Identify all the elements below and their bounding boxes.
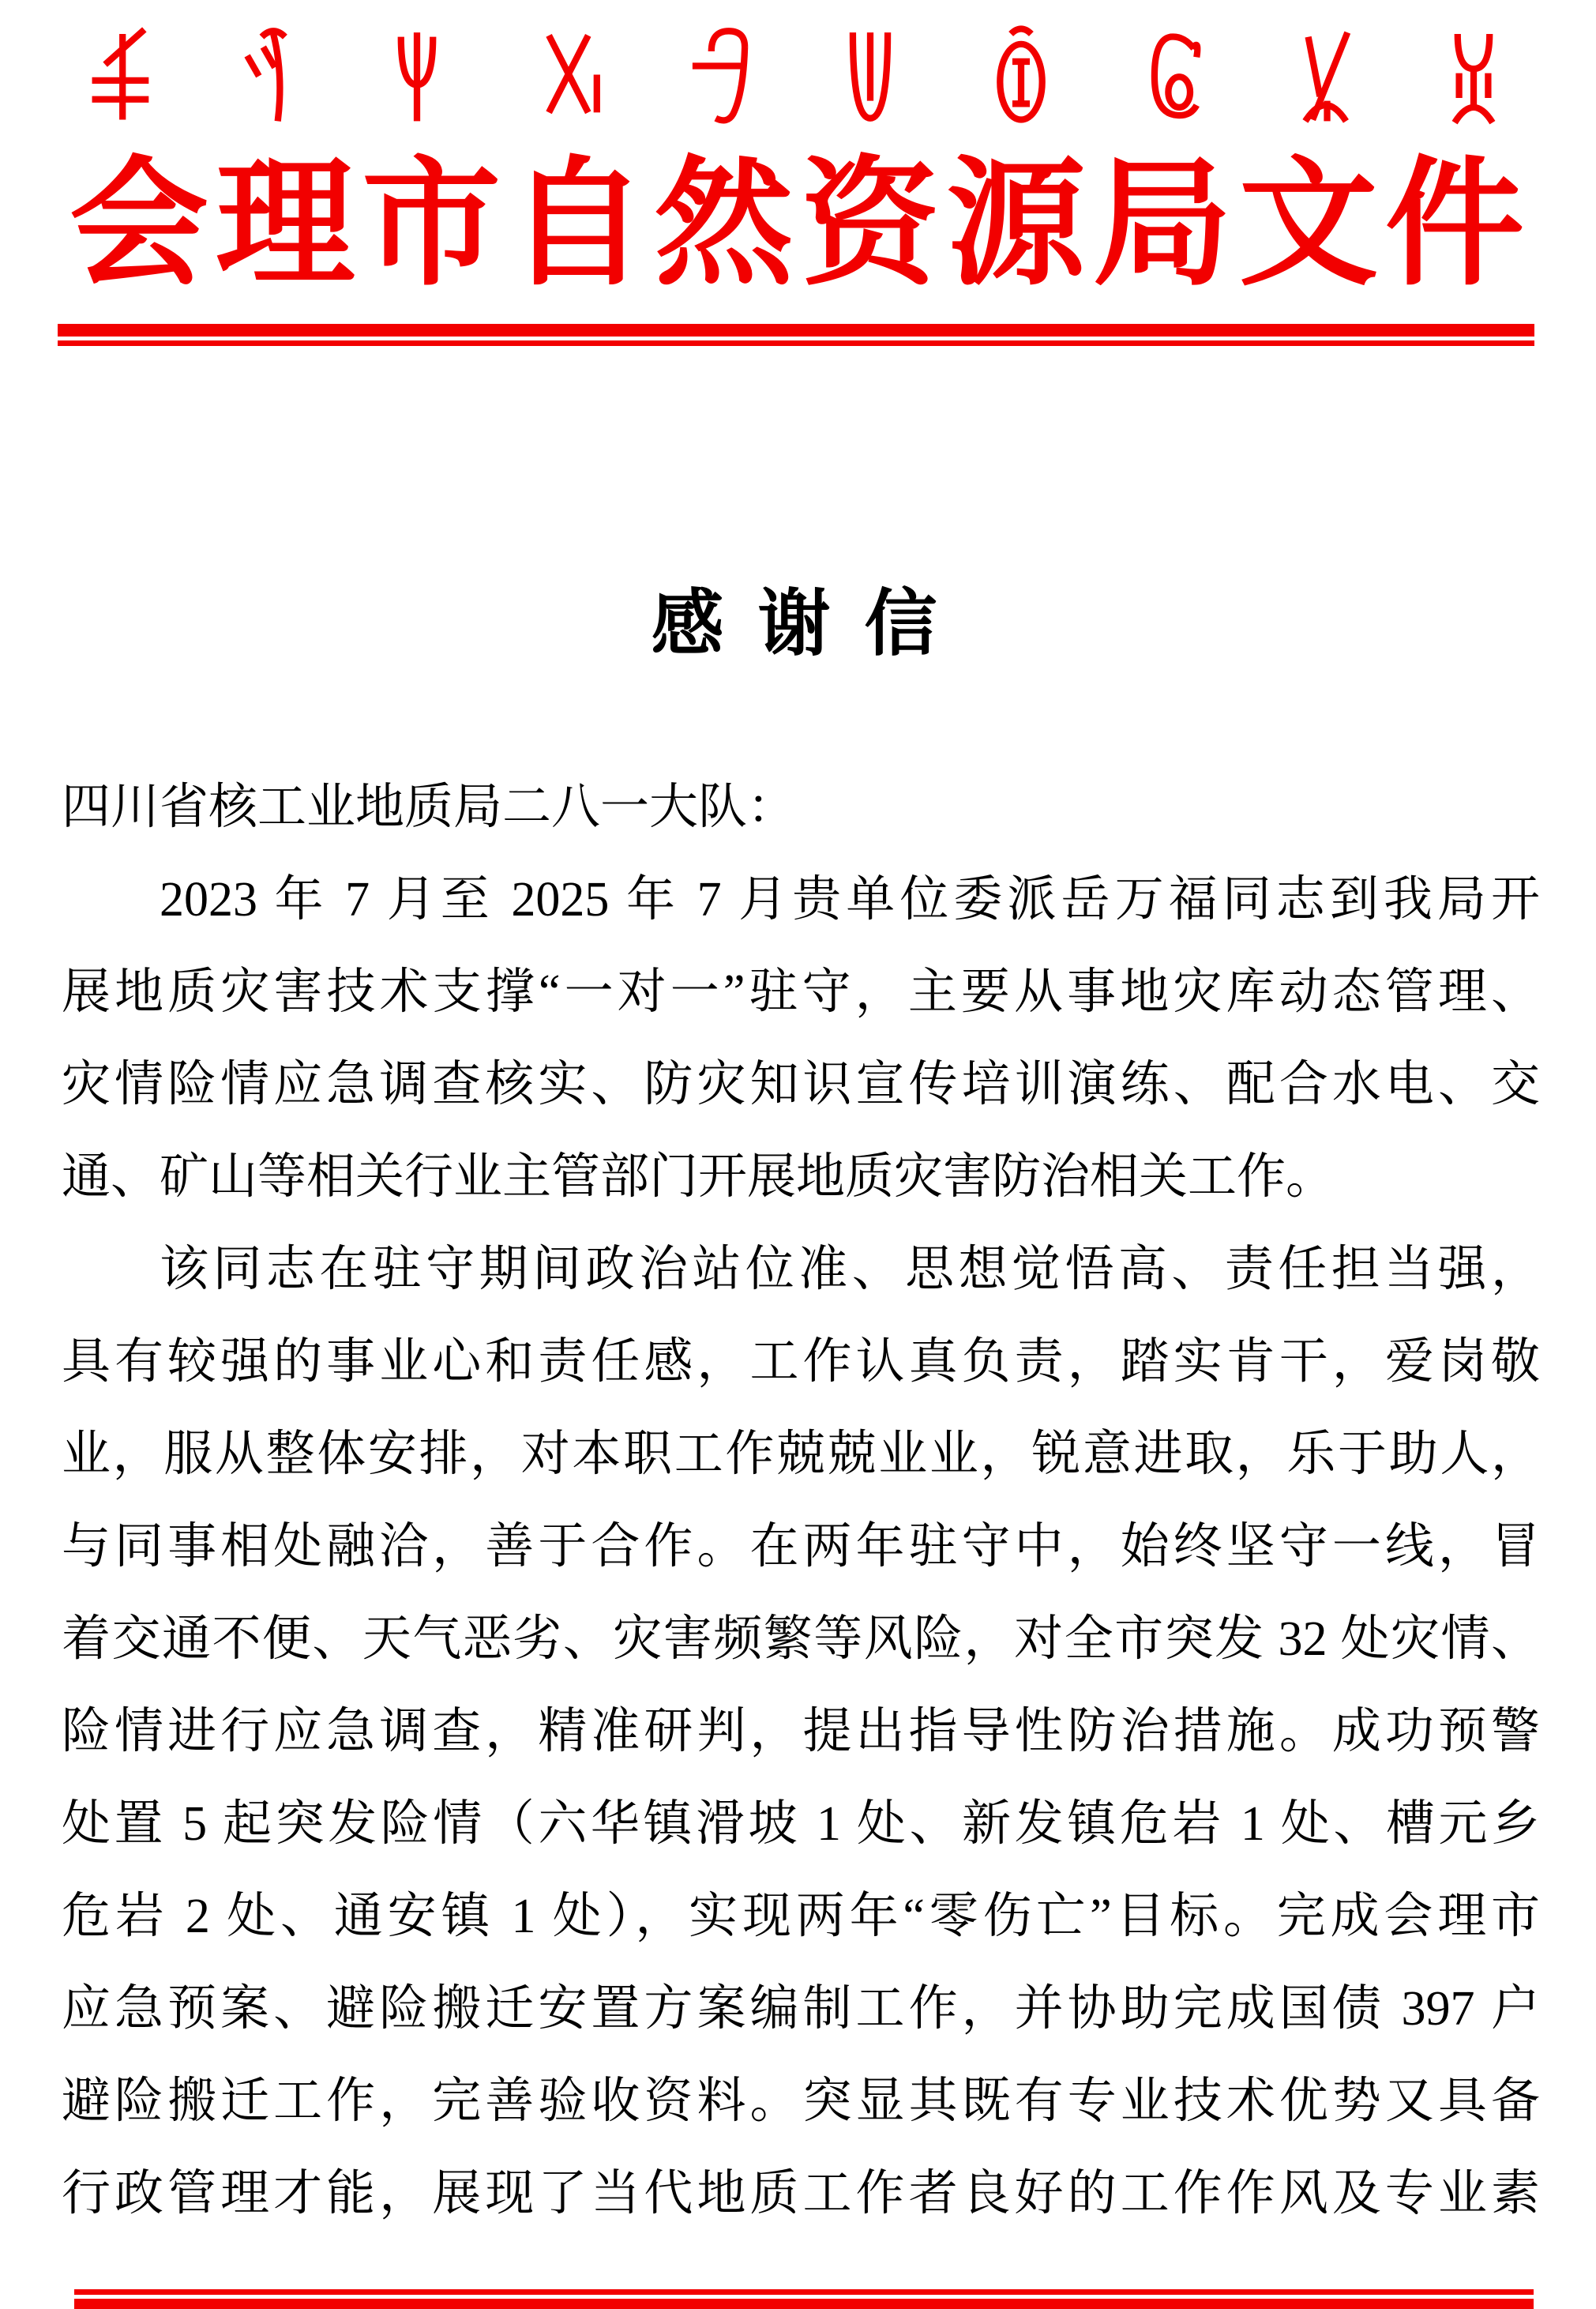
letter-title: 感 谢 信	[0, 585, 1596, 664]
document-page: 会理市自然资源局文件 感 谢 信 四川省核工业地质局二八一大队： 2023 年 …	[0, 0, 1596, 2309]
yi-glyph-4-icon	[531, 17, 604, 132]
footer-rule-thick	[74, 2299, 1534, 2309]
yi-glyph-1-icon	[79, 17, 152, 132]
body-line: 通、矿山等相关行业主管部门开展地质灾害防治相关工作。	[62, 1131, 1540, 1224]
salutation: 四川省核工业地质局二八一大队：	[62, 762, 1540, 854]
yi-glyph-8-icon	[1136, 17, 1208, 132]
yi-glyph-3-icon	[381, 17, 453, 132]
header-rule-thick	[58, 324, 1534, 337]
body-line: 该同志在驻守期间政治站位准、思想觉悟高、责任担当强，	[62, 1224, 1540, 1316]
letter-body: 四川省核工业地质局二八一大队： 2023 年 7 月至 2025 年 7 月贵单…	[62, 762, 1540, 2240]
body-line: 灾情险情应急调查核实、防灾知识宣传培训演练、配合水电、交	[62, 1039, 1540, 1131]
body-line: 避险搬迁工作，完善验收资料。突显其既有专业技术优势又具备	[62, 2055, 1540, 2148]
yi-glyph-10-icon	[1437, 17, 1510, 132]
body-line: 2023 年 7 月至 2025 年 7 月贵单位委派岳万福同志到我局开	[62, 854, 1540, 946]
footer-rule-thin	[74, 2289, 1534, 2295]
body-line: 行政管理才能，展现了当代地质工作者良好的工作作风及专业素	[62, 2148, 1540, 2240]
body-line: 应急预案、避险搬迁安置方案编制工作，并协助完成国债 397 户	[62, 1963, 1540, 2055]
body-line: 展地质灾害技术支撑“一对一”驻守，主要从事地灾库动态管理、	[62, 946, 1540, 1039]
agency-title: 会理市自然资源局文件	[69, 155, 1524, 297]
yi-glyph-2-icon	[230, 17, 302, 132]
body-line: 具有较强的事业心和责任感，工作认真负责，踏实肯干，爱岗敬	[62, 1316, 1540, 1408]
body-line: 与同事相处融洽，善于合作。在两年驻守中，始终坚守一线，冒	[62, 1501, 1540, 1593]
yi-script-row	[79, 17, 1510, 132]
yi-glyph-5-icon	[682, 17, 755, 132]
yi-glyph-9-icon	[1286, 17, 1359, 132]
body-line: 险情进行应急调查，精准研判，提出指导性防治措施。成功预警	[62, 1686, 1540, 1778]
yi-glyph-7-icon	[985, 17, 1057, 132]
body-line: 业，服从整体安排，对本职工作兢兢业业，锐意进取，乐于助人，	[62, 1408, 1540, 1501]
body-line: 处置 5 起突发险情（六华镇滑坡 1 处、新发镇危岩 1 处、槽元乡	[62, 1778, 1540, 1871]
header-rule-thin	[58, 340, 1534, 346]
body-line: 危岩 2 处、通安镇 1 处），实现两年“零伤亡”目标。完成会理市	[62, 1871, 1540, 1963]
yi-glyph-6-icon	[834, 17, 907, 132]
body-line: 着交通不便、天气恶劣、灾害频繁等风险，对全市突发 32 处灾情、	[62, 1593, 1540, 1686]
